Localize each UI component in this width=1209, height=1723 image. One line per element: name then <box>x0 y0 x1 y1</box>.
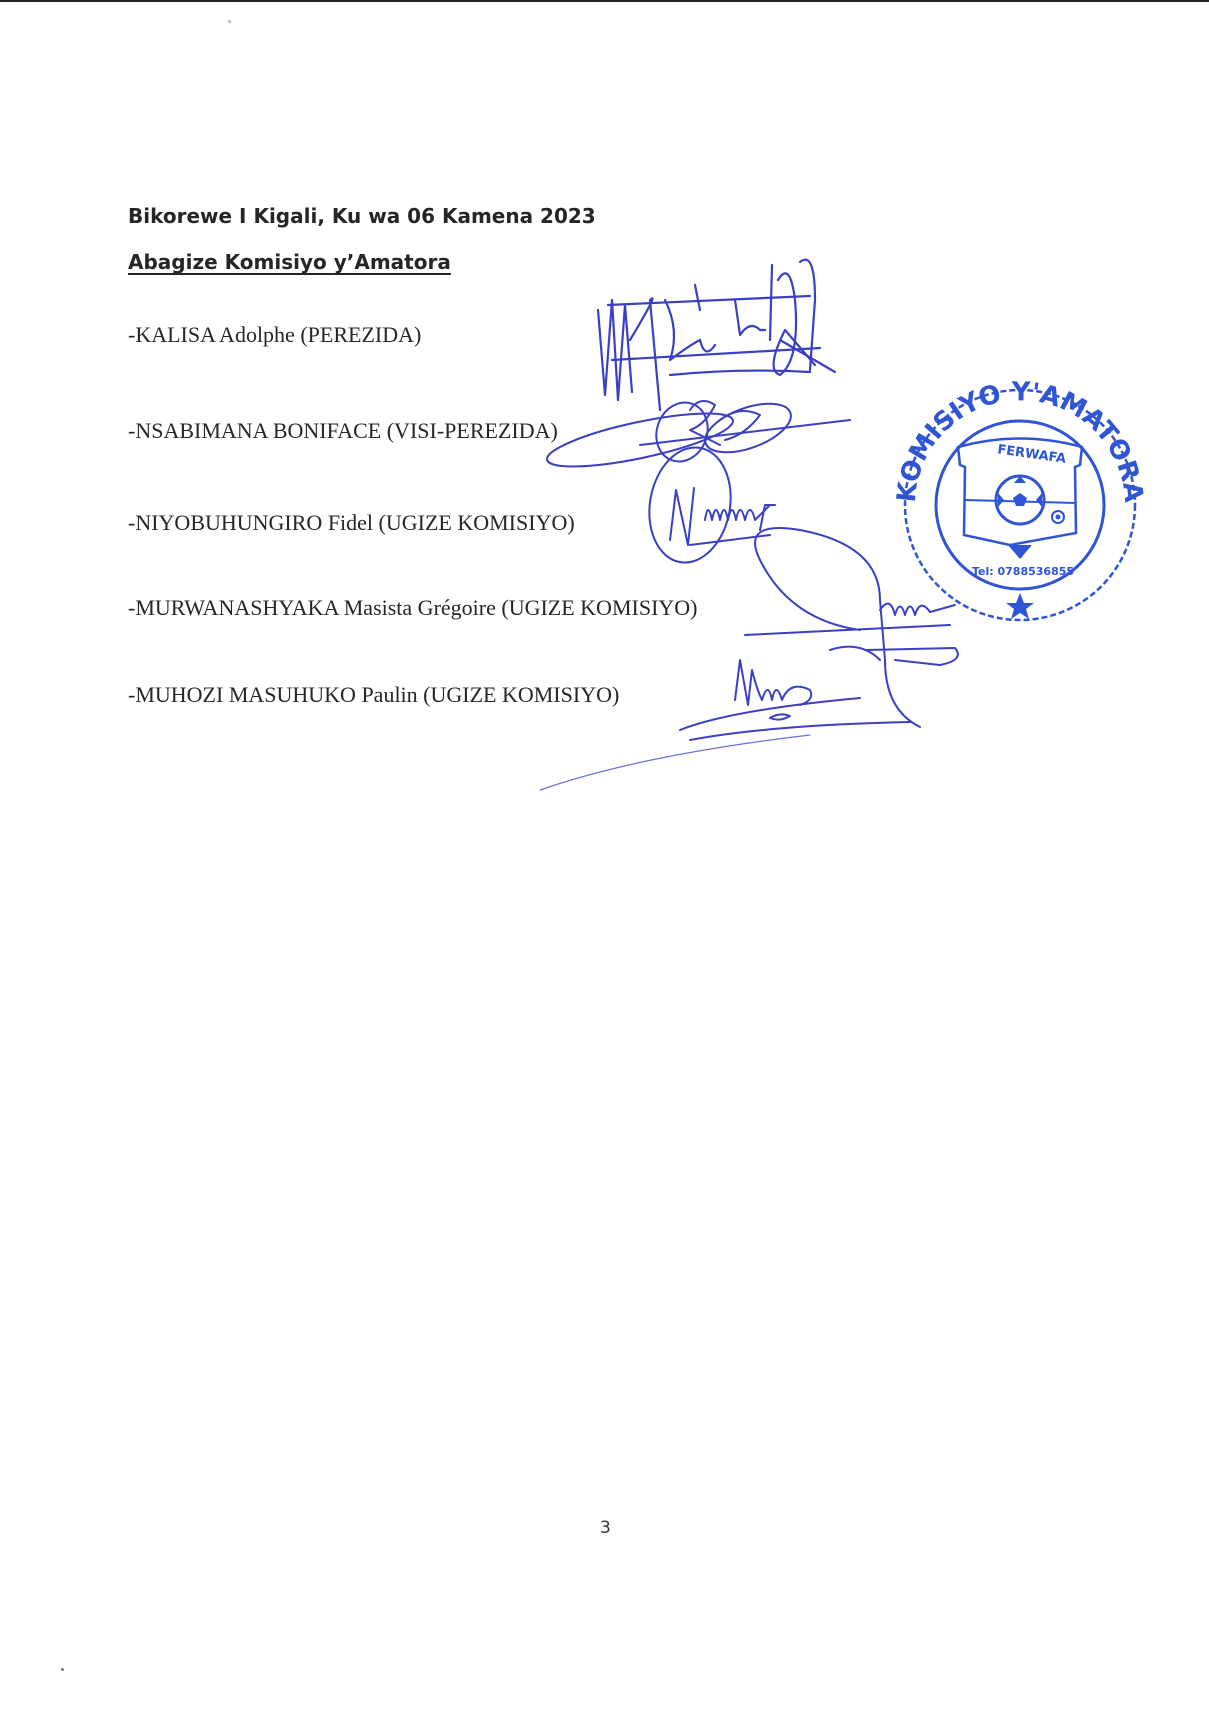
signature-murwanashyaka <box>745 528 958 727</box>
star-icon <box>1006 593 1034 619</box>
signature-kalisa <box>598 260 835 410</box>
member-line-member-2: -MURWANASHYAKA Masista Grégoire (UGIZE K… <box>128 595 698 621</box>
member-line-vice-president: -NSABIMANA BONIFACE (VISI-PEREZIDA) <box>128 418 558 444</box>
scan-speck <box>61 1668 64 1671</box>
stamp-emblem-text: FERWAFA <box>996 442 1066 466</box>
signature-niyobuhungiro <box>641 441 775 569</box>
scan-speck <box>228 20 231 23</box>
place-date-line: Bikorewe I Kigali, Ku wa 06 Kamena 2023 <box>128 204 596 228</box>
member-line-member-1: -NIYOBUHUNGIRO Fidel (UGIZE KOMISIYO) <box>128 510 575 536</box>
top-border <box>0 0 1209 2</box>
stamp-phone: Tel: 0788536855 <box>972 565 1074 578</box>
member-line-president: -KALISA Adolphe (PEREZIDA) <box>128 322 421 348</box>
stamp-ring-text: KOMISIYO Y'AMATORA <box>892 377 1149 504</box>
stamp-komisiyo-yamatora: KOMISIYO Y'AMATORA FERWAFA Tel: 07885368… <box>892 377 1149 620</box>
signature-muhozi <box>540 660 910 790</box>
signature-nsabimana <box>543 394 850 478</box>
page-number: 3 <box>600 1518 611 1538</box>
football-shield-icon <box>958 439 1082 560</box>
member-line-member-3: -MUHOZI MASUHUKO Paulin (UGIZE KOMISIYO) <box>128 682 619 708</box>
committee-title: Abagize Komisiyo y’Amatora <box>128 250 451 274</box>
